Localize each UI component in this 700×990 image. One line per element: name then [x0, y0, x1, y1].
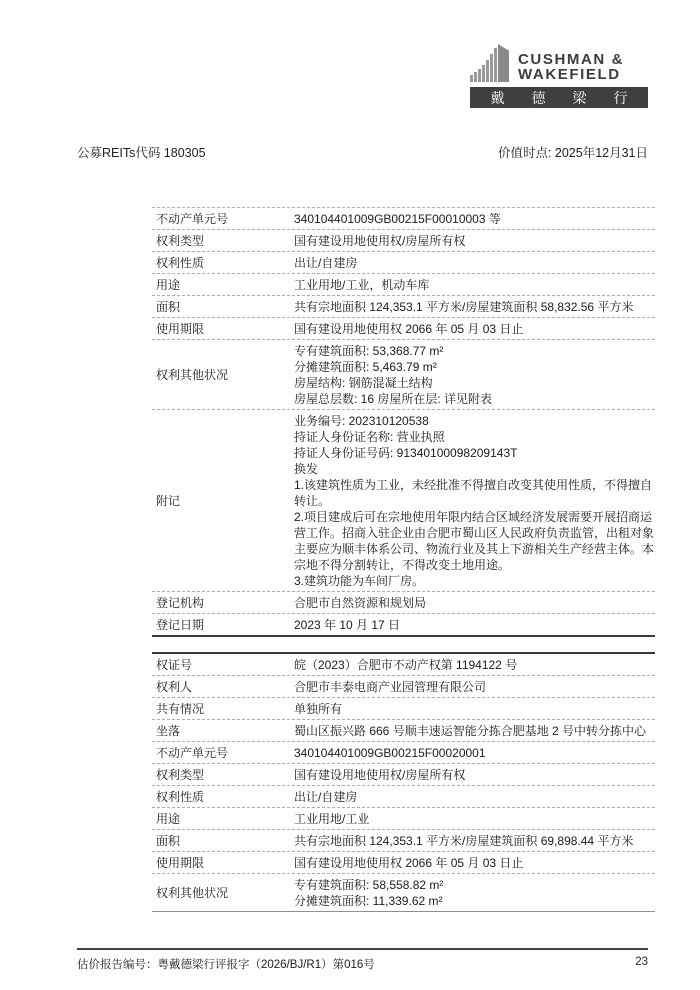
value-line: 持证人身份证名称: 营业执照	[294, 429, 655, 445]
row-value: 出让/自建房	[294, 255, 655, 271]
row-label: 共有情况	[152, 701, 294, 717]
value-line: 出让/自建房	[294, 255, 655, 271]
table-row: 不动产单元号340104401009GB00215F00010003 等	[152, 208, 655, 230]
table-row: 登记机构合肥市自然资源和规划局	[152, 592, 655, 614]
table-row: 权利其他状况专有建筑面积: 53,368.77 m²分摊建筑面积: 5,463.…	[152, 340, 655, 410]
table-row: 面积共有宗地面积 124,353.1 平方米/房屋建筑面积 69,898.44 …	[152, 830, 655, 852]
value-line: 2.项目建成后可在宗地使用年限内结合区域经济发展需要开展招商运营工作。招商入驻企…	[294, 509, 655, 573]
row-label: 使用期限	[152, 321, 294, 337]
value-line: 房屋结构: 钢筋混凝土结构	[294, 375, 655, 391]
row-label: 权利性质	[152, 255, 294, 271]
scanned-report-page: { "logo": { "brand_line1": "CUSHMAN &", …	[0, 0, 700, 990]
row-value: 2023 年 10 月 17 日	[294, 617, 655, 633]
row-value: 合肥市丰泰电商产业园管理有限公司	[294, 679, 655, 695]
row-label: 面积	[152, 299, 294, 315]
table-row: 登记日期2023 年 10 月 17 日	[152, 614, 655, 635]
row-value: 国有建设用地使用权/房屋所有权	[294, 767, 655, 783]
building-logo-icon	[470, 44, 509, 82]
row-label: 登记日期	[152, 617, 294, 633]
value-line: 国有建设用地使用权 2066 年 05 月 03 日止	[294, 855, 655, 871]
value-line: 1.该建筑性质为工业，未经批准不得擅自改变其使用性质，不得擅自转让。	[294, 477, 655, 509]
row-value: 合肥市自然资源和规划局	[294, 595, 655, 611]
value-line: 3.建筑功能为车间厂房。	[294, 573, 655, 589]
value-line: 蜀山区振兴路 666 号顺丰速运智能分拣合肥基地 2 号中转分拣中心	[294, 723, 655, 739]
row-value: 单独所有	[294, 701, 655, 717]
row-label: 使用期限	[152, 855, 294, 871]
row-label: 权利其他状况	[152, 367, 294, 383]
row-value: 国有建设用地使用权 2066 年 05 月 03 日止	[294, 321, 655, 337]
value-line: 单独所有	[294, 701, 655, 717]
row-value: 国有建设用地使用权 2066 年 05 月 03 日止	[294, 855, 655, 871]
row-label: 用途	[152, 811, 294, 827]
cushman-wakefield-logo: CUSHMAN & WAKEFIELD 戴德梁行	[470, 42, 648, 108]
value-line: 分摊建筑面积: 5,463.79 m²	[294, 359, 655, 375]
brand-line2: WAKEFIELD	[518, 67, 624, 82]
value-line: 合肥市自然资源和规划局	[294, 595, 655, 611]
row-label: 权利其他状况	[152, 885, 294, 901]
value-line: 专有建筑面积: 58,558.82 m²	[294, 877, 655, 893]
brand-name-cn: 戴德梁行	[491, 88, 655, 108]
table-row: 权利类型国有建设用地使用权/房屋所有权	[152, 230, 655, 252]
value-line: 持证人身份证号码: 91340100098209143T	[294, 445, 655, 461]
table-row: 权利人合肥市丰泰电商产业园管理有限公司	[152, 676, 655, 698]
row-value: 340104401009GB00215F00020001	[294, 745, 655, 761]
row-value: 工业用地/工业	[294, 811, 655, 827]
value-line: 共有宗地面积 124,353.1 平方米/房屋建筑面积 69,898.44 平方…	[294, 833, 655, 849]
page-number: 23	[635, 956, 648, 972]
table-row: 权利性质出让/自建房	[152, 252, 655, 274]
value-line: 合肥市丰泰电商产业园管理有限公司	[294, 679, 655, 695]
value-line: 共有宗地面积 124,353.1 平方米/房屋建筑面积 58,832.56 平方…	[294, 299, 655, 315]
report-number: 估价报告编号：粤戴德梁行评报字（2026/BJ/R1）第016号	[77, 956, 375, 972]
table-row: 用途工业用地/工业，机动车库	[152, 274, 655, 296]
row-value: 皖（2023）合肥市不动产权第 1194122 号	[294, 657, 655, 673]
table-row: 坐落蜀山区振兴路 666 号顺丰速运智能分拣合肥基地 2 号中转分拣中心	[152, 720, 655, 742]
table-row: 附记业务编号: 202310120538持证人身份证名称: 营业执照持证人身份证…	[152, 410, 655, 592]
row-label: 权证号	[152, 657, 294, 673]
table-row: 不动产单元号340104401009GB00215F00020001	[152, 742, 655, 764]
value-line: 专有建筑面积: 53,368.77 m²	[294, 343, 655, 359]
row-value: 共有宗地面积 124,353.1 平方米/房屋建筑面积 58,832.56 平方…	[294, 299, 655, 315]
table-row: 权利性质出让/自建房	[152, 786, 655, 808]
table-row: 使用期限国有建设用地使用权 2066 年 05 月 03 日止	[152, 318, 655, 340]
value-line: 工业用地/工业，机动车库	[294, 277, 655, 293]
brand-name-en: CUSHMAN & WAKEFIELD	[518, 52, 624, 82]
row-label: 权利性质	[152, 789, 294, 805]
table-row: 面积共有宗地面积 124,353.1 平方米/房屋建筑面积 58,832.56 …	[152, 296, 655, 318]
value-line: 340104401009GB00215F00020001	[294, 745, 655, 761]
row-value: 蜀山区振兴路 666 号顺丰速运智能分拣合肥基地 2 号中转分拣中心	[294, 723, 655, 739]
value-line: 2023 年 10 月 17 日	[294, 617, 655, 633]
row-label: 用途	[152, 277, 294, 293]
table-row: 使用期限国有建设用地使用权 2066 年 05 月 03 日止	[152, 852, 655, 874]
value-line: 国有建设用地使用权/房屋所有权	[294, 233, 655, 249]
value-line: 房屋总层数: 16 房屋所在层: 详见附表	[294, 391, 655, 407]
row-value: 专有建筑面积: 53,368.77 m²分摊建筑面积: 5,463.79 m²房…	[294, 343, 655, 407]
row-label: 权利类型	[152, 767, 294, 783]
document-header: 公募REITs代码 180305 价值时点: 2025年12月31日	[77, 143, 648, 161]
logo-top: CUSHMAN & WAKEFIELD	[470, 42, 648, 82]
row-value: 专有建筑面积: 58,558.82 m²分摊建筑面积: 11,339.62 m²	[294, 877, 655, 909]
document-footer: 估价报告编号：粤戴德梁行评报字（2026/BJ/R1）第016号 23	[77, 948, 648, 972]
row-value: 工业用地/工业，机动车库	[294, 277, 655, 293]
brand-name-cn-bar: 戴德梁行	[470, 87, 648, 108]
row-label: 坐落	[152, 723, 294, 739]
value-line: 工业用地/工业	[294, 811, 655, 827]
row-value: 出让/自建房	[294, 789, 655, 805]
row-value: 业务编号: 202310120538持证人身份证名称: 营业执照持证人身份证号码…	[294, 413, 655, 589]
table-row: 权利其他状况专有建筑面积: 58,558.82 m²分摊建筑面积: 11,339…	[152, 874, 655, 911]
value-line: 国有建设用地使用权 2066 年 05 月 03 日止	[294, 321, 655, 337]
row-value: 340104401009GB00215F00010003 等	[294, 211, 655, 227]
value-line: 国有建设用地使用权/房屋所有权	[294, 767, 655, 783]
table-row: 权证号皖（2023）合肥市不动产权第 1194122 号	[152, 654, 655, 676]
reit-code-label: 公募REITs代码 180305	[77, 143, 206, 161]
value-line: 皖（2023）合肥市不动产权第 1194122 号	[294, 657, 655, 673]
value-line: 换发	[294, 461, 655, 477]
value-line: 业务编号: 202310120538	[294, 413, 655, 429]
value-line: 340104401009GB00215F00010003 等	[294, 211, 655, 227]
row-label: 面积	[152, 833, 294, 849]
table-row: 共有情况单独所有	[152, 698, 655, 720]
brand-line1: CUSHMAN &	[518, 52, 624, 67]
row-label: 登记机构	[152, 595, 294, 611]
row-value: 共有宗地面积 124,353.1 平方米/房屋建筑面积 69,898.44 平方…	[294, 833, 655, 849]
property-tables: 不动产单元号340104401009GB00215F00010003 等权利类型…	[152, 207, 655, 912]
value-line: 出让/自建房	[294, 789, 655, 805]
row-value: 国有建设用地使用权/房屋所有权	[294, 233, 655, 249]
row-label: 附记	[152, 493, 294, 509]
row-label: 权利人	[152, 679, 294, 695]
value-date-label: 价值时点: 2025年12月31日	[498, 143, 648, 161]
property-table-2: 权证号皖（2023）合肥市不动产权第 1194122 号权利人合肥市丰泰电商产业…	[152, 652, 655, 912]
table-row: 用途工业用地/工业	[152, 808, 655, 830]
table-row: 权利类型国有建设用地使用权/房屋所有权	[152, 764, 655, 786]
row-label: 不动产单元号	[152, 745, 294, 761]
row-label: 不动产单元号	[152, 211, 294, 227]
value-line: 分摊建筑面积: 11,339.62 m²	[294, 893, 655, 909]
row-label: 权利类型	[152, 233, 294, 249]
property-table-1: 不动产单元号340104401009GB00215F00010003 等权利类型…	[152, 207, 655, 637]
